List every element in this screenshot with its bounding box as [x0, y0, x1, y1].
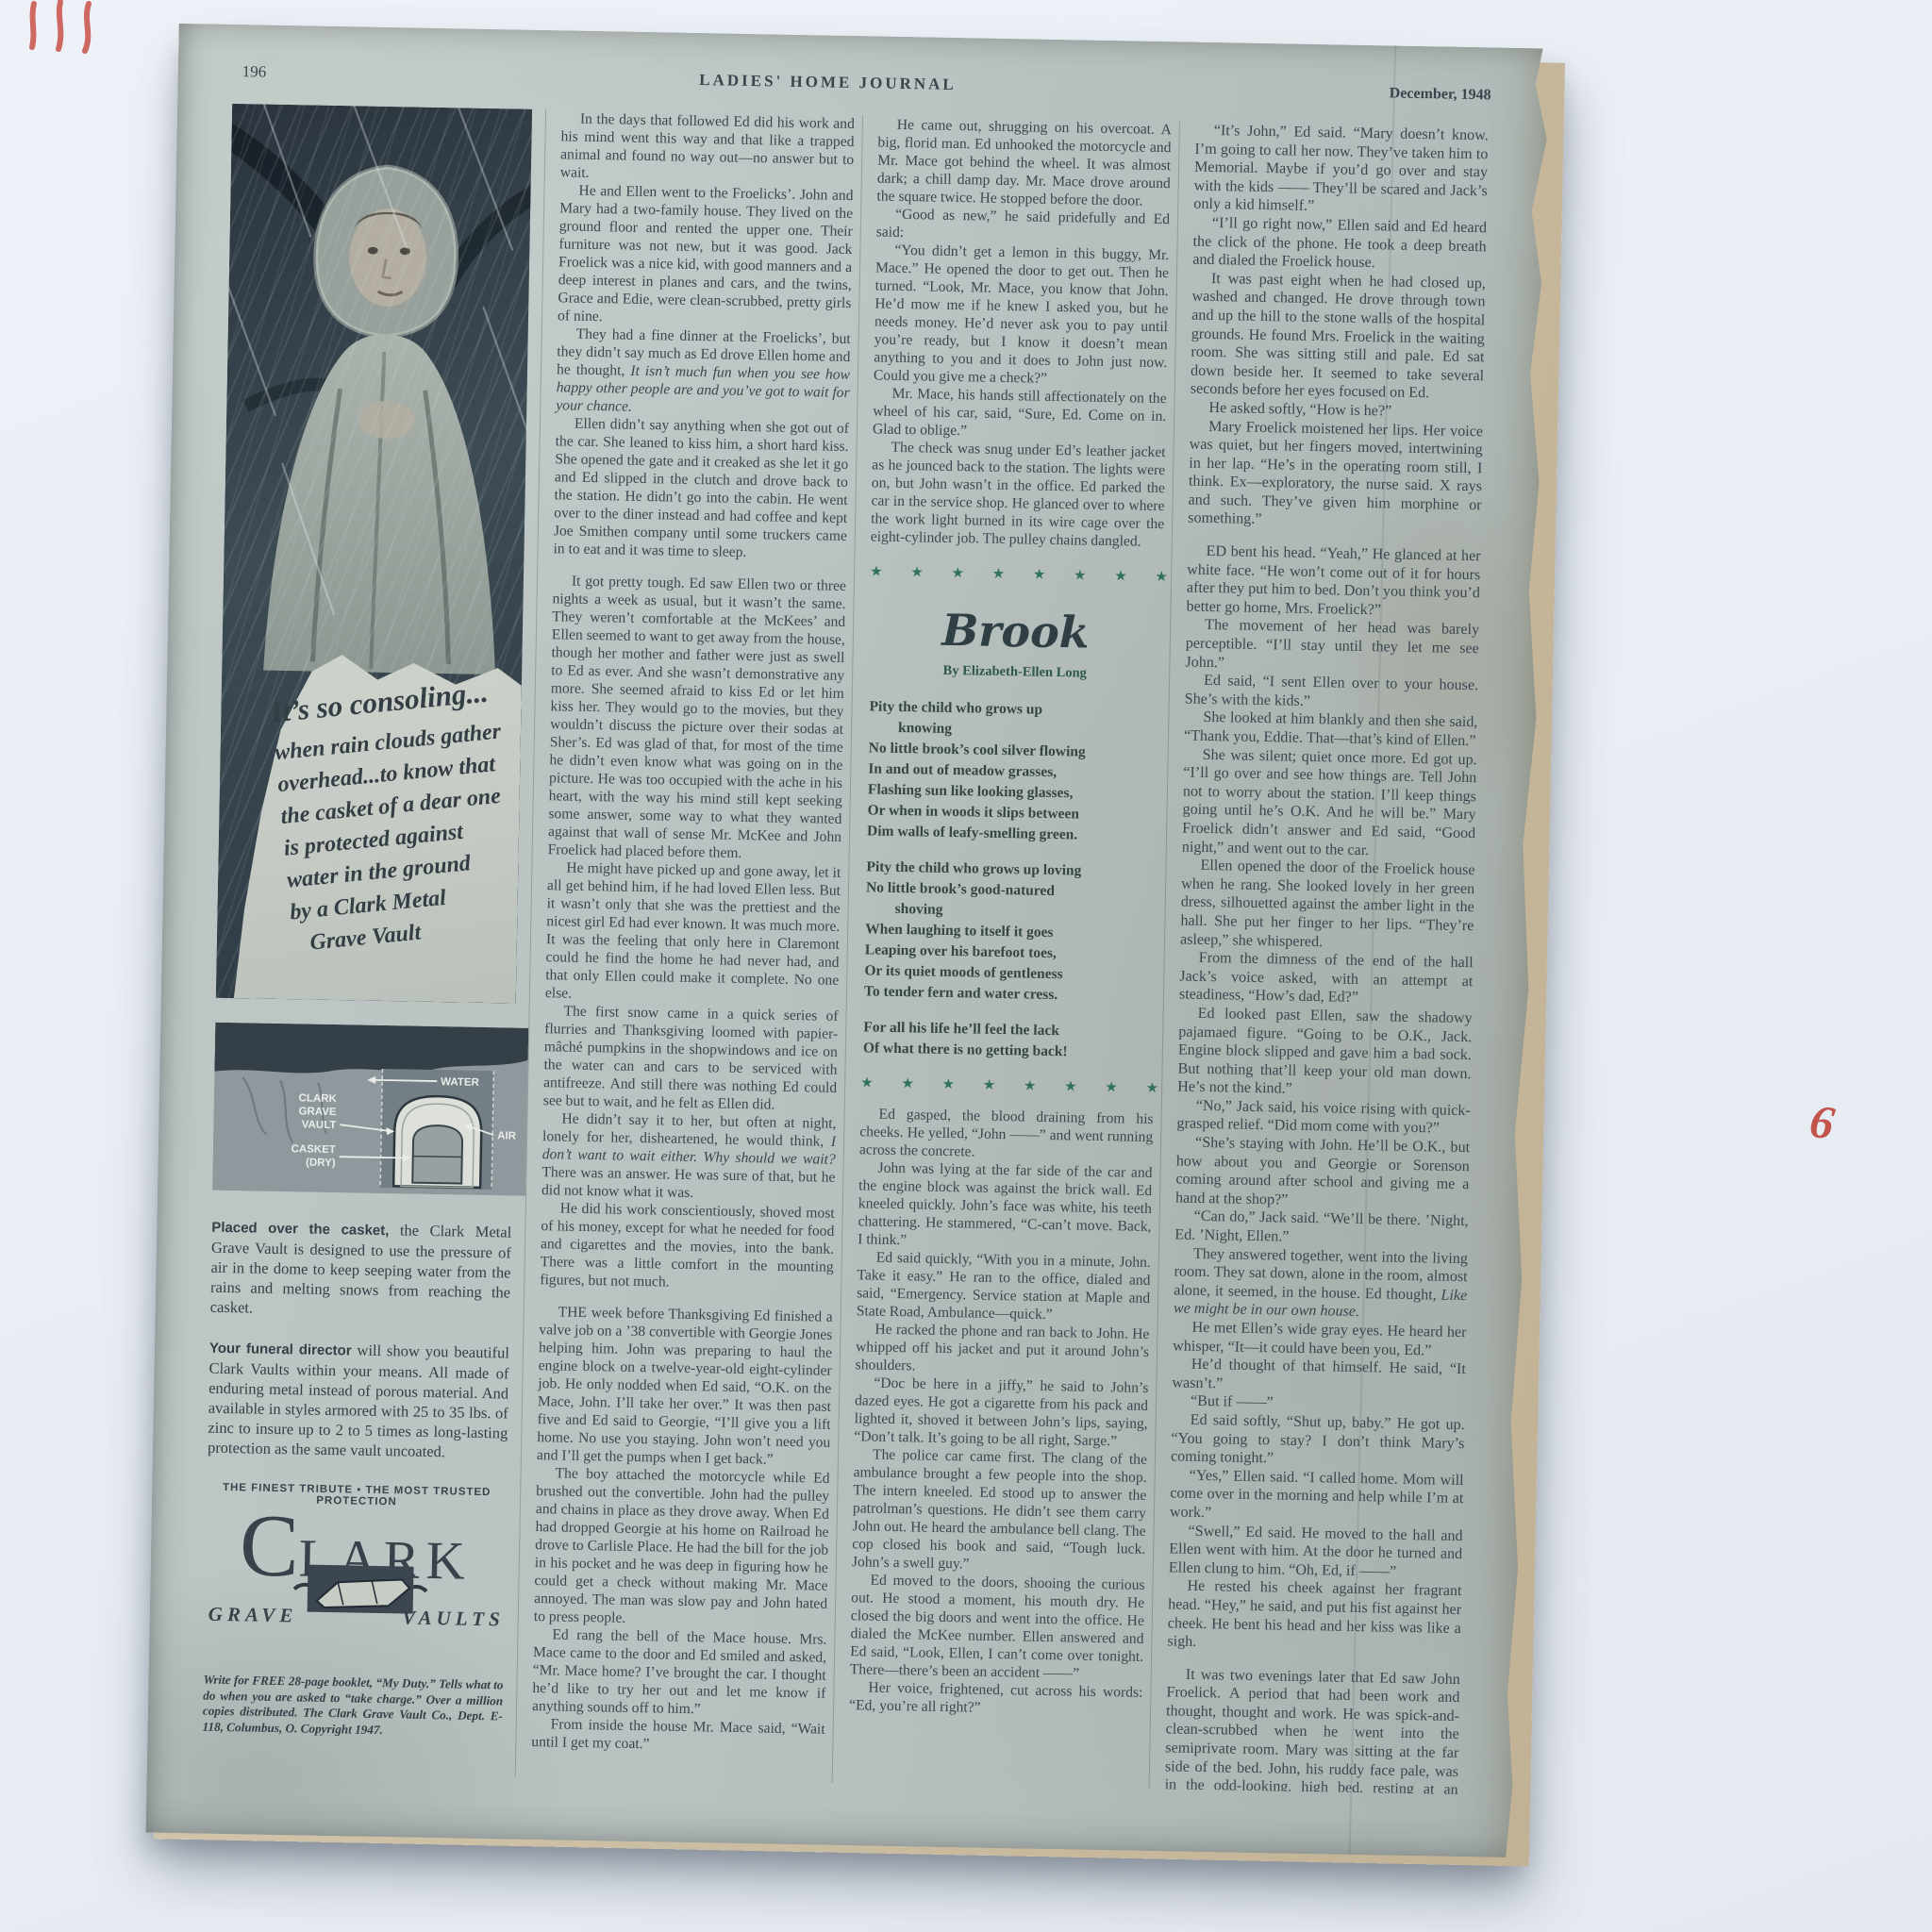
- story-paragraph: He didn’t say it to her, but often at ni…: [541, 1109, 837, 1205]
- star-divider-top: ★ ★ ★ ★ ★ ★ ★ ★: [870, 562, 1163, 586]
- story-paragraph: Ed gasped, the blood draining from his c…: [859, 1105, 1154, 1164]
- story-paragraph: “No,” Jack said, his voice rising with q…: [1176, 1096, 1471, 1139]
- story-column-2-top: He came out, shrugging on his overcoat. …: [871, 115, 1172, 551]
- story-paragraph: The police car came first. The clang of …: [852, 1445, 1147, 1576]
- story-paragraph: They had a fine dinner at the Froelicks’…: [556, 325, 851, 420]
- story-paragraph: He rested his cheek against her fragrant…: [1167, 1577, 1461, 1657]
- story-paragraph: “Swell,” Ed said. He moved to the hall a…: [1169, 1522, 1463, 1582]
- clark-logo: CLARK GRAVE VAULTS: [204, 1510, 507, 1665]
- vault-cross-section: CLARK GRAVE VAULT CASKET (DRY) WATER AIR: [212, 1023, 528, 1196]
- story-paragraph: “Doc be here in a jiffy,” he said to Joh…: [854, 1374, 1148, 1451]
- story-paragraph: She looked at him blankly and then she s…: [1184, 708, 1478, 751]
- story-paragraph: From inside the house Mr. Mace said, “Wa…: [531, 1715, 825, 1757]
- red-pen-marks: [23, 0, 136, 57]
- story-paragraph: Ed said, “I sent Ellen over to your hous…: [1185, 672, 1479, 714]
- story-paragraph: From the dimness of the end of the hall …: [1179, 949, 1474, 1009]
- poem-stanza: Pity the child who grows up knowing No l…: [867, 696, 1161, 847]
- story-paragraph: ED bent his head. “Yeah,” He glanced at …: [1186, 542, 1480, 622]
- photographed-magazine-scene: 196 LADIES' HOME JOURNAL December, 1948: [0, 0, 1932, 1932]
- story-paragraph: He might have picked up and gone away, l…: [545, 858, 841, 1008]
- ad-script-copy: It’s so consoling... when rain clouds ga…: [269, 674, 525, 960]
- story-paragraph: They answered together, went into the li…: [1174, 1244, 1468, 1324]
- ad-lead-in: Your funeral director: [209, 1341, 352, 1359]
- story-paragraph: He met Ellen’s wide gray eyes. He heard …: [1173, 1318, 1467, 1360]
- story-paragraph: Ellen opened the door of the Froelick ho…: [1180, 857, 1475, 955]
- poem-byline: By Elizabeth-Ellen Long: [868, 661, 1161, 683]
- red-handwritten-mark: 6: [1807, 1092, 1839, 1150]
- story-paragraph: He’d thought of that himself. He said, “…: [1172, 1356, 1466, 1398]
- story-paragraph: The check was snug under Ed’s leather ja…: [871, 438, 1166, 551]
- story-paragraph: Ellen didn’t say anything when she got o…: [553, 414, 849, 563]
- ad-photo-woman-in-rain: It’s so consoling... when rain clouds ga…: [216, 104, 532, 1004]
- page-columns: It’s so consoling... when rain clouds ga…: [202, 104, 1496, 1794]
- poem-stanza: For all his life he’ll feel the lack Of …: [863, 1017, 1156, 1064]
- diagram-label-casket: CASKET: [291, 1143, 335, 1156]
- page-number: 196: [242, 62, 267, 81]
- diagram-label-grave: GRAVE: [298, 1106, 337, 1118]
- ad-fine-print: Write for FREE 28-page booklet, “My Duty…: [202, 1673, 503, 1740]
- story-paragraph: “She’s staying with John. He’ll be O.K.,…: [1175, 1133, 1470, 1212]
- story-paragraph: He did his work conscientiously, shoved …: [540, 1199, 835, 1294]
- story-paragraph: It was past eight when he had closed up,…: [1191, 269, 1486, 404]
- story-paragraph: “Good as new,” he said pridefully and Ed…: [876, 205, 1171, 246]
- poem-brook: ★ ★ ★ ★ ★ ★ ★ ★ Brook By Elizabeth-Ellen…: [860, 562, 1163, 1097]
- story-paragraph: The first snow came in a quick series of…: [543, 1002, 839, 1115]
- story-paragraph: Ed looked past Ellen, saw the shadowy pa…: [1177, 1004, 1473, 1102]
- story-paragraph: “It’s John,” Ed said. “Mary doesn’t know…: [1193, 122, 1489, 220]
- issue-date: December, 1948: [1390, 85, 1491, 104]
- diagram-label-vault: VAULT: [302, 1119, 337, 1131]
- story-paragraph: Ed said softly, “Shut up, baby.” He got …: [1171, 1410, 1465, 1471]
- story-paragraph: He came out, shrugging on his overcoat. …: [876, 115, 1172, 210]
- poem-title: Brook: [869, 603, 1163, 659]
- story-paragraph: John was lying at the far side of the ca…: [858, 1158, 1153, 1254]
- ad-lead-in: Placed over the casket,: [211, 1220, 389, 1239]
- woman-in-rain-illustration: [222, 104, 532, 675]
- page-content: 196 LADIES' HOME JOURNAL December, 1948: [201, 62, 1496, 1815]
- clark-advertisement: It’s so consoling... when rain clouds ga…: [202, 104, 545, 1777]
- diagram-label-air: AIR: [497, 1130, 517, 1141]
- story-paragraph: He and Ellen went to the Froelicks’. Joh…: [558, 181, 854, 330]
- clark-logo-vaults: VAULTS: [402, 1606, 505, 1631]
- story-paragraph: THE week before Thanksgiving Ed finished…: [537, 1303, 833, 1470]
- ad-body-copy: Placed over the casket, the Clark Metal …: [208, 1217, 512, 1463]
- story-paragraph: “Can do,” Jack said. “We’ll be there. ’N…: [1174, 1207, 1469, 1250]
- vault-diagram: CLARK GRAVE VAULT CASKET (DRY) WATER AIR: [212, 1023, 515, 1196]
- diagram-label-clark: CLARK: [298, 1092, 337, 1105]
- story-paragraph: The boy attached the motorcycle while Ed…: [534, 1464, 830, 1631]
- story-column-2: He came out, shrugging on his overcoat. …: [832, 115, 1179, 1789]
- story-paragraph: Mr. Mace, his hands still affectionately…: [873, 384, 1167, 443]
- story-paragraph: Ed rang the bell of the Mace house. Mrs.…: [532, 1625, 827, 1721]
- story-paragraph: In the days that followed Ed did his wor…: [560, 109, 855, 187]
- ad-script-lines: when rain clouds gather overhead...to kn…: [274, 715, 525, 960]
- ad-paragraph: Placed over the casket, the Clark Metal …: [210, 1217, 512, 1323]
- star-divider-bottom: ★ ★ ★ ★ ★ ★ ★ ★ ★: [860, 1074, 1154, 1097]
- story-paragraph: She was silent; quiet once more. Ed got …: [1182, 745, 1477, 861]
- story-paragraph: It got pretty tough. Ed saw Ellen two or…: [548, 572, 847, 864]
- story-paragraph: “You didn’t get a lemon in this buggy, M…: [874, 241, 1170, 390]
- story-paragraph: He racked the phone and ran back to John…: [856, 1320, 1150, 1379]
- magazine-page: 196 LADIES' HOME JOURNAL December, 1948: [146, 24, 1549, 1857]
- torn-paper-note: It’s so consoling... when rain clouds ga…: [216, 653, 523, 1004]
- story-paragraph: Ed said quickly, “With you in a minute, …: [857, 1248, 1151, 1325]
- story-paragraph: “Yes,” Ellen said. “I called home. Mom w…: [1170, 1466, 1464, 1526]
- story-column-3: “It’s John,” Ed said. “Mary doesn’t know…: [1149, 121, 1496, 1794]
- story-paragraph: “I’ll go right now,” Ellen said and Ed h…: [1192, 214, 1487, 275]
- story-paragraph: Her voice, frightened, cut across his wo…: [849, 1678, 1143, 1720]
- story-paragraph: Mary Froelick moistened her lips. Her vo…: [1188, 417, 1483, 533]
- story-column-1: In the days that followed Ed did his wor…: [515, 109, 862, 1783]
- journal-title: LADIES' HOME JOURNAL: [266, 63, 1390, 103]
- story-column-2-bottom: Ed gasped, the blood draining from his c…: [849, 1105, 1154, 1720]
- clark-logo-grave: GRAVE: [208, 1603, 298, 1628]
- story-column-3-text: “It’s John,” Ed said. “Mary doesn’t know…: [1164, 122, 1489, 1795]
- page-header: 196 LADIES' HOME JOURNAL December, 1948: [242, 62, 1491, 104]
- ad-paragraph: Your funeral director will show you beau…: [208, 1338, 509, 1463]
- story-paragraph: The movement of her head was barely perc…: [1185, 616, 1479, 676]
- story-paragraph: It was two evenings later that Ed saw Jo…: [1164, 1665, 1460, 1794]
- story-paragraph: Ed moved to the doors, shooing the curio…: [850, 1571, 1145, 1684]
- diagram-label-water: WATER: [441, 1076, 480, 1089]
- diagram-label-dry: (DRY): [306, 1158, 336, 1170]
- poem-stanza: Pity the child who grows up loving No li…: [864, 857, 1158, 1008]
